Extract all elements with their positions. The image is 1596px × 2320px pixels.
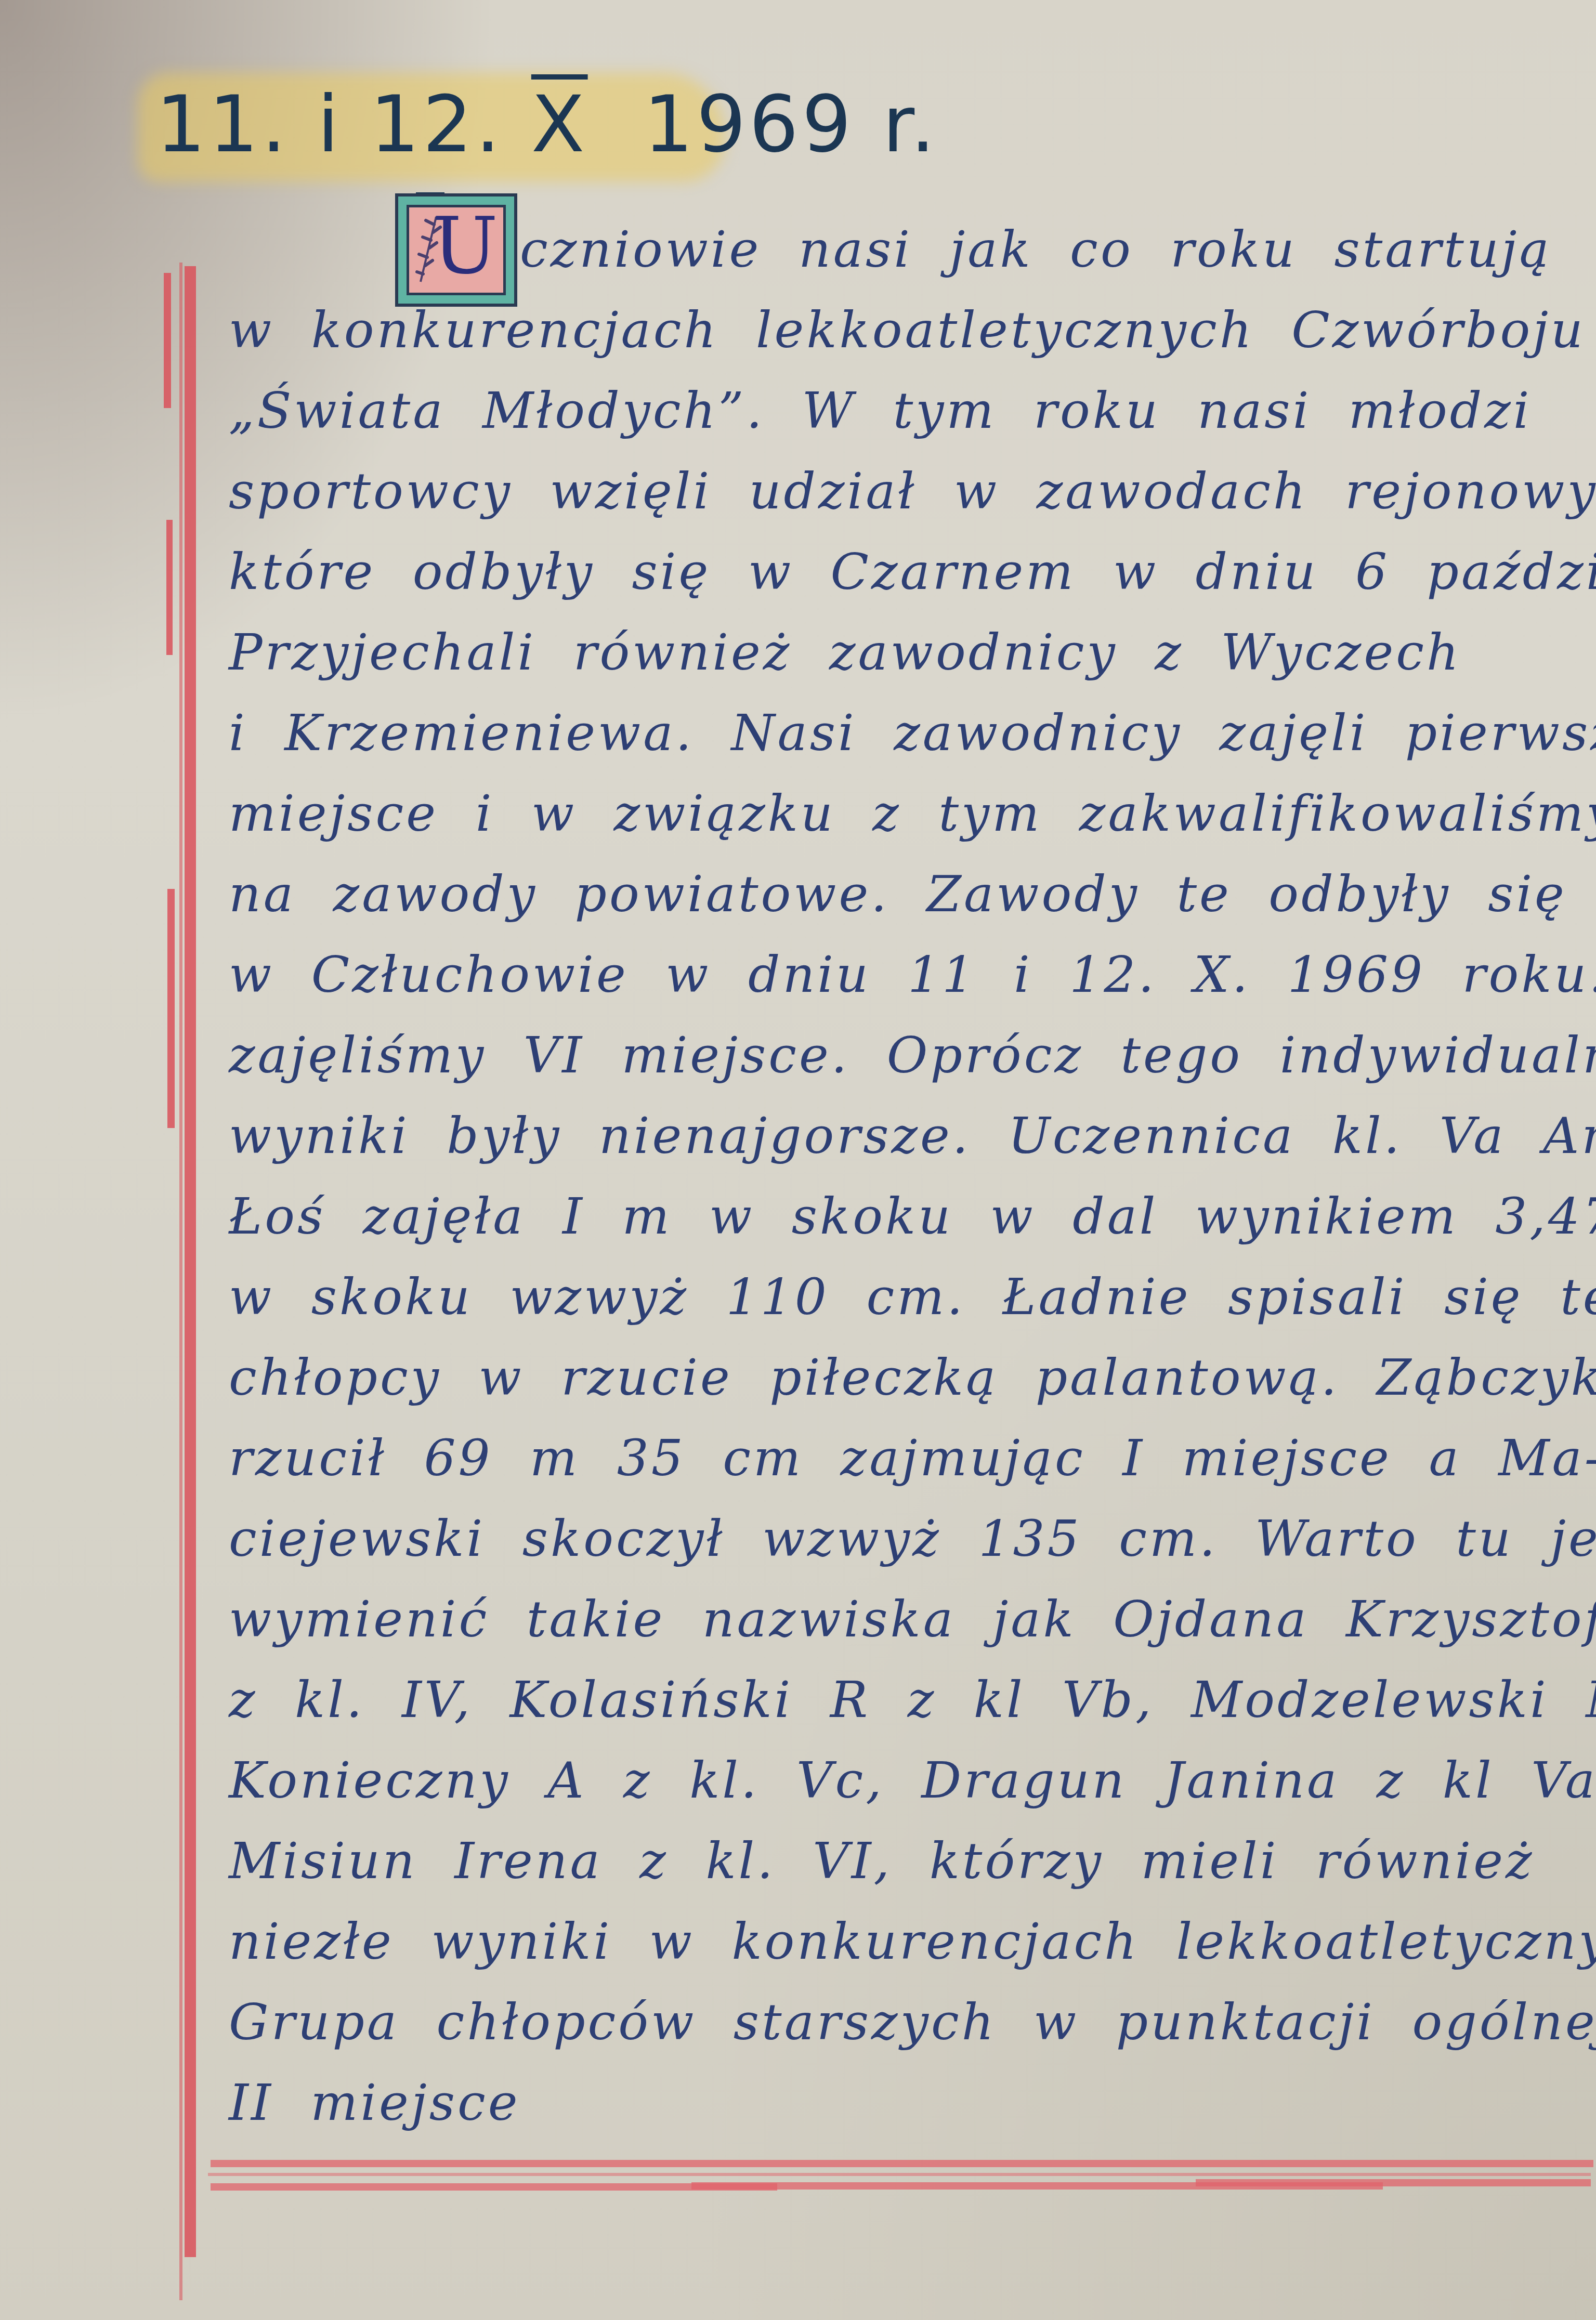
initial-fill: U [407, 205, 506, 295]
text-line: i Krzemieniewa. Nasi zawodnicy zajęli pi… [229, 702, 1596, 764]
text-line: Konieczny A z kl. Vc, Dragun Janina z kl… [229, 1749, 1596, 1812]
date-days: 11. i 12. [156, 80, 503, 170]
closing-rule-5 [1196, 2179, 1591, 2186]
date-year: 1969 r. [644, 80, 938, 170]
text-line: sportowcy wzięli udział w zawodach rejon… [229, 460, 1596, 522]
text-line: Grupa chłopców starszych w punktacji ogó… [229, 1991, 1596, 2053]
text-line: w konkurencjach lekkoatletycznych Czwórb… [229, 299, 1586, 361]
margin-line-thick [185, 266, 196, 2257]
closing-rule-1 [211, 2160, 1593, 2167]
text-line: miejsce i w związku z tym zakwalifikowal… [229, 782, 1596, 845]
text-line: rzucił 69 m 35 cm zajmując I miejsce a M… [229, 1427, 1596, 1489]
text-line: zajęliśmy VI miejsce. Oprócz tego indywi… [229, 1024, 1596, 1086]
margin-line-thin [179, 263, 182, 2300]
margin-mark-3 [167, 889, 175, 1128]
text-line: na zawody powiatowe. Zawody te odbyły si… [229, 863, 1567, 925]
chronicle-page: 11. i 12. X 1969 r. U czniowie nasi jak … [0, 0, 1596, 2320]
text-line: w Człuchowie w dniu 11 i 12. X. 1969 rok… [229, 943, 1596, 1006]
text-line: niezłe wyniki w konkurencjach lekkoatlet… [229, 1910, 1596, 1973]
text-line: czniowie nasi jak co roku startują [520, 218, 1552, 281]
illuminated-initial: U [395, 193, 517, 307]
margin-mark-2 [166, 520, 173, 655]
text-line: wyniki były nienajgorsze. Uczennica kl. … [229, 1105, 1596, 1167]
text-line: Misiun Irena z kl. VI, którzy mieli równ… [229, 1830, 1535, 1892]
closing-rule-2 [208, 2173, 1591, 2176]
text-line: „Świata Młodych”. W tym roku nasi młodzi [229, 379, 1532, 442]
date-month-roman: X [531, 80, 588, 170]
initial-letter: U [433, 205, 498, 291]
text-line: chłopcy w rzucie piłeczką palantową. Ząb… [229, 1346, 1596, 1409]
text-line: w skoku wzwyż 110 cm. Ładnie spisali się… [229, 1266, 1596, 1328]
margin-mark-1 [164, 273, 171, 408]
text-line: wymienić takie nazwiska jak Ojdana Krzys… [229, 1588, 1596, 1650]
text-line: Łoś zajęła I m w skoku w dal wynikiem 3,… [229, 1185, 1596, 1248]
text-line: które odbyły się w Czarnem w dniu 6 paźd… [229, 541, 1596, 603]
text-line: z kl. IV, Kolasiński R z kl Vb, Modzelew… [229, 1669, 1596, 1731]
text-line: ciejewski skoczył wzwyż 135 cm. Warto tu… [229, 1508, 1596, 1570]
page-date-title: 11. i 12. X 1969 r. [156, 73, 938, 177]
text-line: Przyjechali również zawodnicy z Wyczech [229, 621, 1461, 684]
text-line: II miejsce [229, 2072, 520, 2134]
